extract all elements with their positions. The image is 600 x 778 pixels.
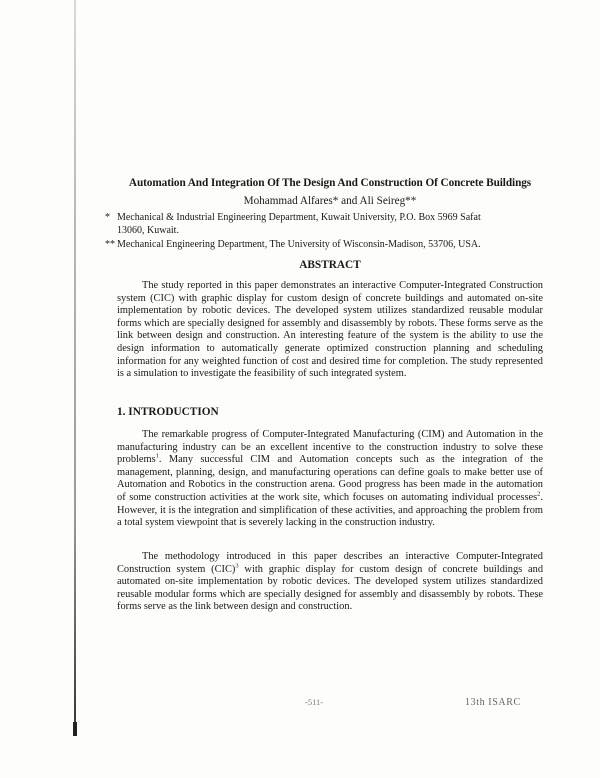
abstract-text: The study reported in this paper demonst… [117, 280, 543, 381]
introduction-heading: 1. INTRODUCTION [117, 406, 219, 418]
paragraph-text: . Many successful CIM and Automation con… [117, 454, 543, 503]
paper-title: Automation And Integration Of The Design… [117, 177, 543, 189]
paper-authors: Mohammad Alfares* and Ali Seireg** [117, 195, 543, 207]
affiliation-mark: ** [105, 239, 115, 252]
affiliation-1: * Mechanical & Industrial Engineering De… [117, 212, 543, 237]
scan-edge-mark [73, 722, 77, 736]
introduction-paragraph-2: The methodology introduced in this paper… [117, 551, 543, 614]
abstract-heading: ABSTRACT [117, 259, 543, 271]
affiliation-text: Mechanical Engineering Department, The U… [117, 239, 543, 252]
affiliation-mark: * [105, 212, 110, 225]
scan-edge-line [74, 0, 76, 735]
affiliation-text: Mechanical & Industrial Engineering Depa… [117, 212, 543, 225]
introduction-paragraph-1: The remarkable progress of Computer-Inte… [117, 429, 543, 530]
affiliation-text-cont: 13060, Kuwait. [117, 225, 543, 238]
affiliation-2: ** Mechanical Engineering Department, Th… [117, 239, 543, 252]
page-number: -511- [305, 697, 323, 707]
conference-label: 13th ISARC [465, 697, 521, 708]
